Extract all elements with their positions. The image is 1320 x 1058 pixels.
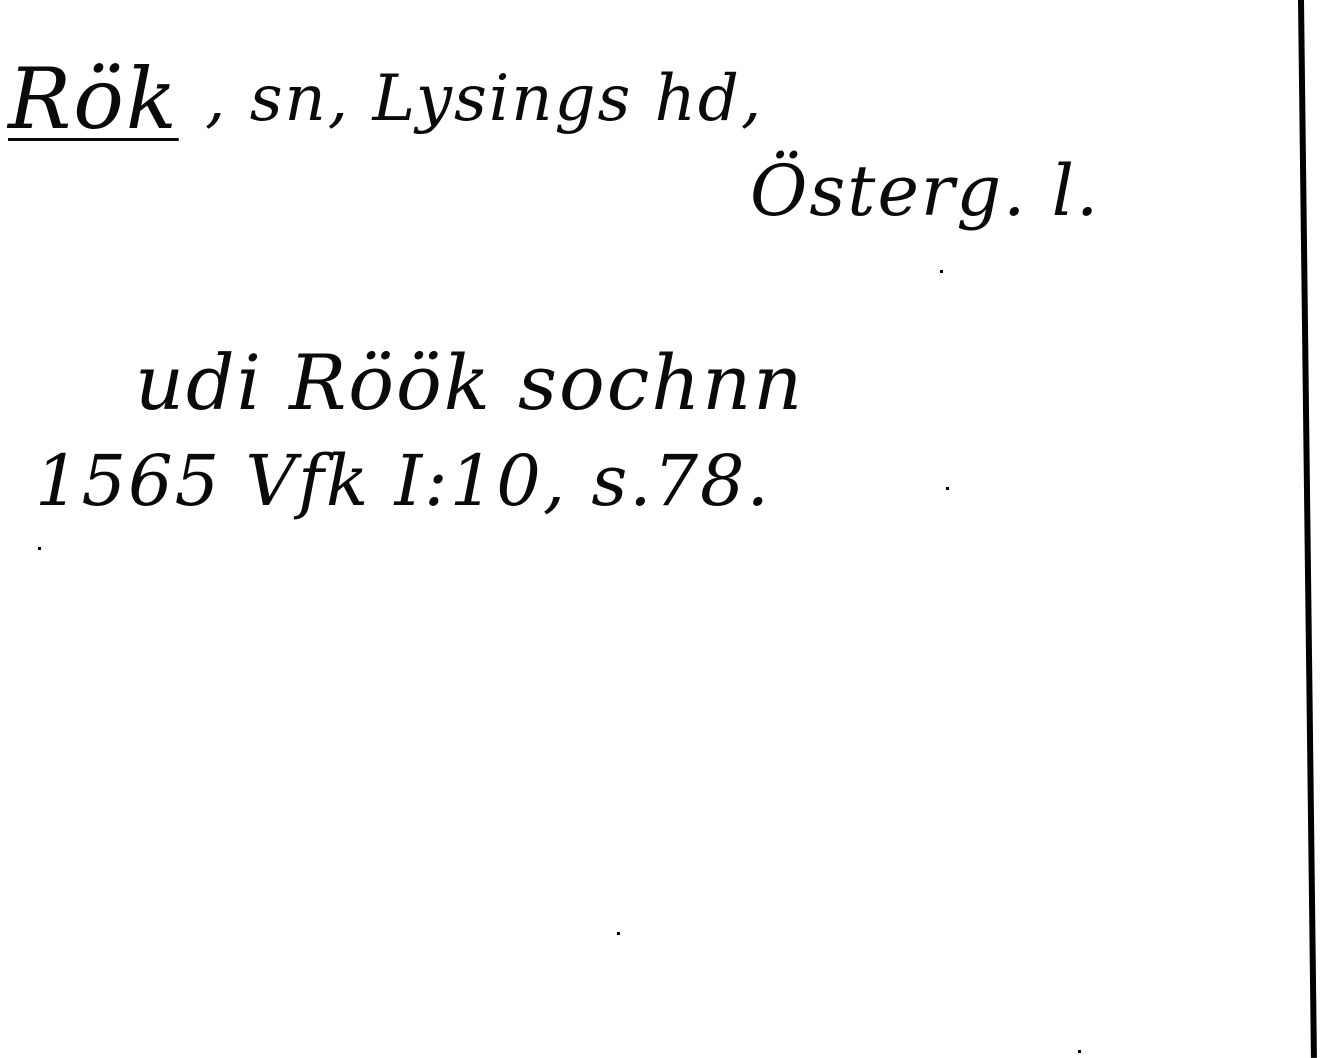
historical-form: udi Röök sochnn (135, 338, 804, 427)
headword-line: Rök (8, 50, 179, 148)
speck (1078, 1050, 1081, 1053)
card-edge (1298, 0, 1317, 1058)
place-name: Rök (8, 50, 179, 148)
parish-district: , sn, Lysings hd, (205, 62, 763, 136)
source-reference: 1565 Vfk I:10, s.78. (35, 440, 771, 522)
county: Österg. l. (750, 150, 1100, 232)
speck (940, 270, 943, 273)
speck (617, 932, 620, 935)
speck (946, 487, 949, 490)
index-card: Rök , sn, Lysings hd, Österg. l. udi Röö… (0, 0, 1320, 1058)
speck (38, 547, 41, 550)
